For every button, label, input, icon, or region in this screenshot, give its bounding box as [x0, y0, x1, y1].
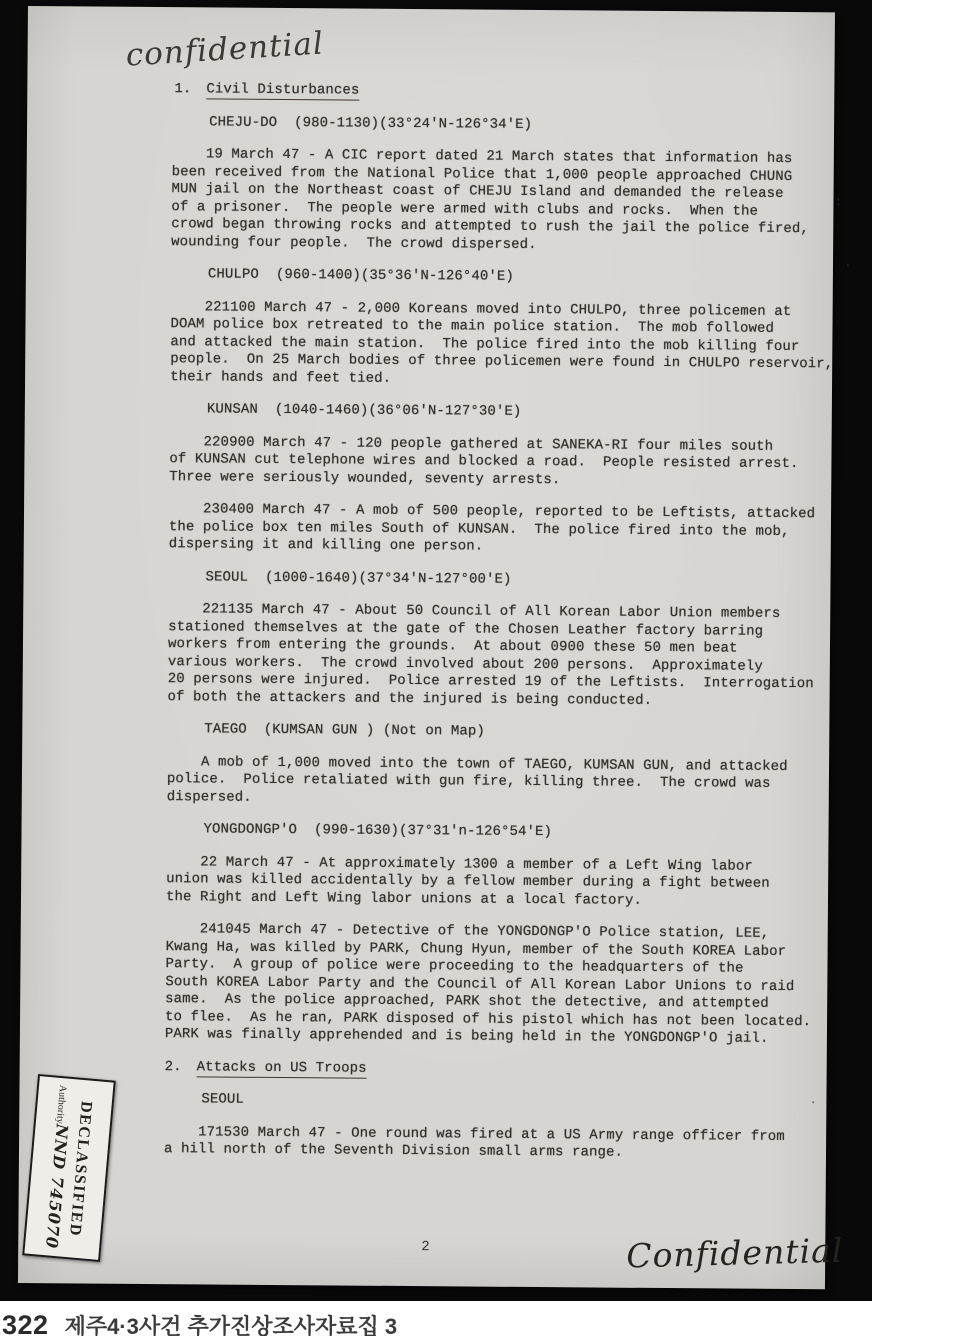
handwritten-confidential-bottom: Confidential: [626, 1231, 844, 1276]
paragraph-cheju-1: 19 March 47 - A CIC report dated 21 Marc…: [171, 146, 842, 256]
stamp-authority-label: Authority: [54, 1084, 68, 1124]
section-1-heading: 1.Civil Disturbances: [174, 81, 842, 104]
paragraph-kunsan-1: 220900 March 47 - 120 people gathered at…: [169, 434, 839, 492]
paragraph-yongdongpo-2: 241045 March 47 - Detective of the YONGD…: [165, 921, 836, 1049]
paragraph-chulpo-1: 221100 March 47 - 2,000 Koreans moved in…: [170, 299, 841, 392]
declassified-stamp: DECLASSIFIED AuthorityNND 745070: [22, 1074, 116, 1262]
scanned-photo-area: confidential 1.Civil Disturbances CHEJU-…: [0, 0, 872, 1301]
place-heading-seoul-2: SEOUL: [201, 1091, 834, 1113]
section-1-number: 1.: [174, 81, 191, 97]
scan-artifact: .: [809, 1092, 817, 1107]
paragraph-seoul-1: 221135 March 47 - About 50 Council of Al…: [168, 601, 839, 711]
handwritten-confidential-top: confidential: [125, 25, 325, 73]
paragraph-yongdongpo-1: 22 March 47 - At approximately 1300 a me…: [166, 854, 836, 912]
place-heading-seoul: SEOUL (1000-1640)(37°34'N-127°00'E): [205, 569, 838, 591]
caption-page-number: 322: [2, 1310, 49, 1336]
paragraph-us-troops-1: 171530 March 47 - One round was fired at…: [164, 1124, 834, 1164]
page-number: 2: [421, 1239, 430, 1255]
place-heading-cheju-do: CHEJU-DO (980-1130)(33°24'N-126°34'E): [209, 114, 842, 136]
section-2-heading: 2.Attacks on US Troops: [165, 1059, 835, 1082]
section-2-number: 2.: [165, 1059, 182, 1075]
caption-title: 제주4·3사건 추가진상조사자료집 3: [65, 1314, 398, 1336]
place-heading-taego: TAEGO (KUMSAN GUN ) (Not on Map): [204, 721, 837, 743]
scan-artifact: .: [844, 255, 852, 270]
place-heading-yongdongpo: YONGDONGP'O (990-1630)(37°31'n-126°54'E): [203, 821, 836, 843]
document-page: confidential 1.Civil Disturbances CHEJU-…: [18, 6, 835, 1289]
section-1-title: Civil Disturbances: [206, 81, 359, 100]
place-heading-chulpo: CHULPO (960-1400)(35°36'N-126°40'E): [208, 266, 841, 288]
paragraph-taego-1: A mob of 1,000 moved into the town of TA…: [167, 754, 837, 812]
paragraph-kunsan-2: 230400 March 47 - A mob of 500 people, r…: [169, 501, 839, 559]
place-heading-kunsan: KUNSAN (1040-1460)(36°06'N-127°30'E): [207, 401, 840, 423]
book-caption: 322제주4·3사건 추가진상조사자료집 3: [2, 1310, 397, 1336]
declassified-stamp-text: DECLASSIFIED AuthorityNND 745070: [24, 1076, 113, 1260]
section-2-title: Attacks on US Troops: [197, 1059, 367, 1078]
book-page: { "scan": { "top_handwriting": "confiden…: [0, 0, 976, 1336]
document-body: 1.Civil Disturbances CHEJU-DO (980-1130)…: [164, 81, 843, 1179]
scan-artifact: :: [834, 194, 842, 209]
